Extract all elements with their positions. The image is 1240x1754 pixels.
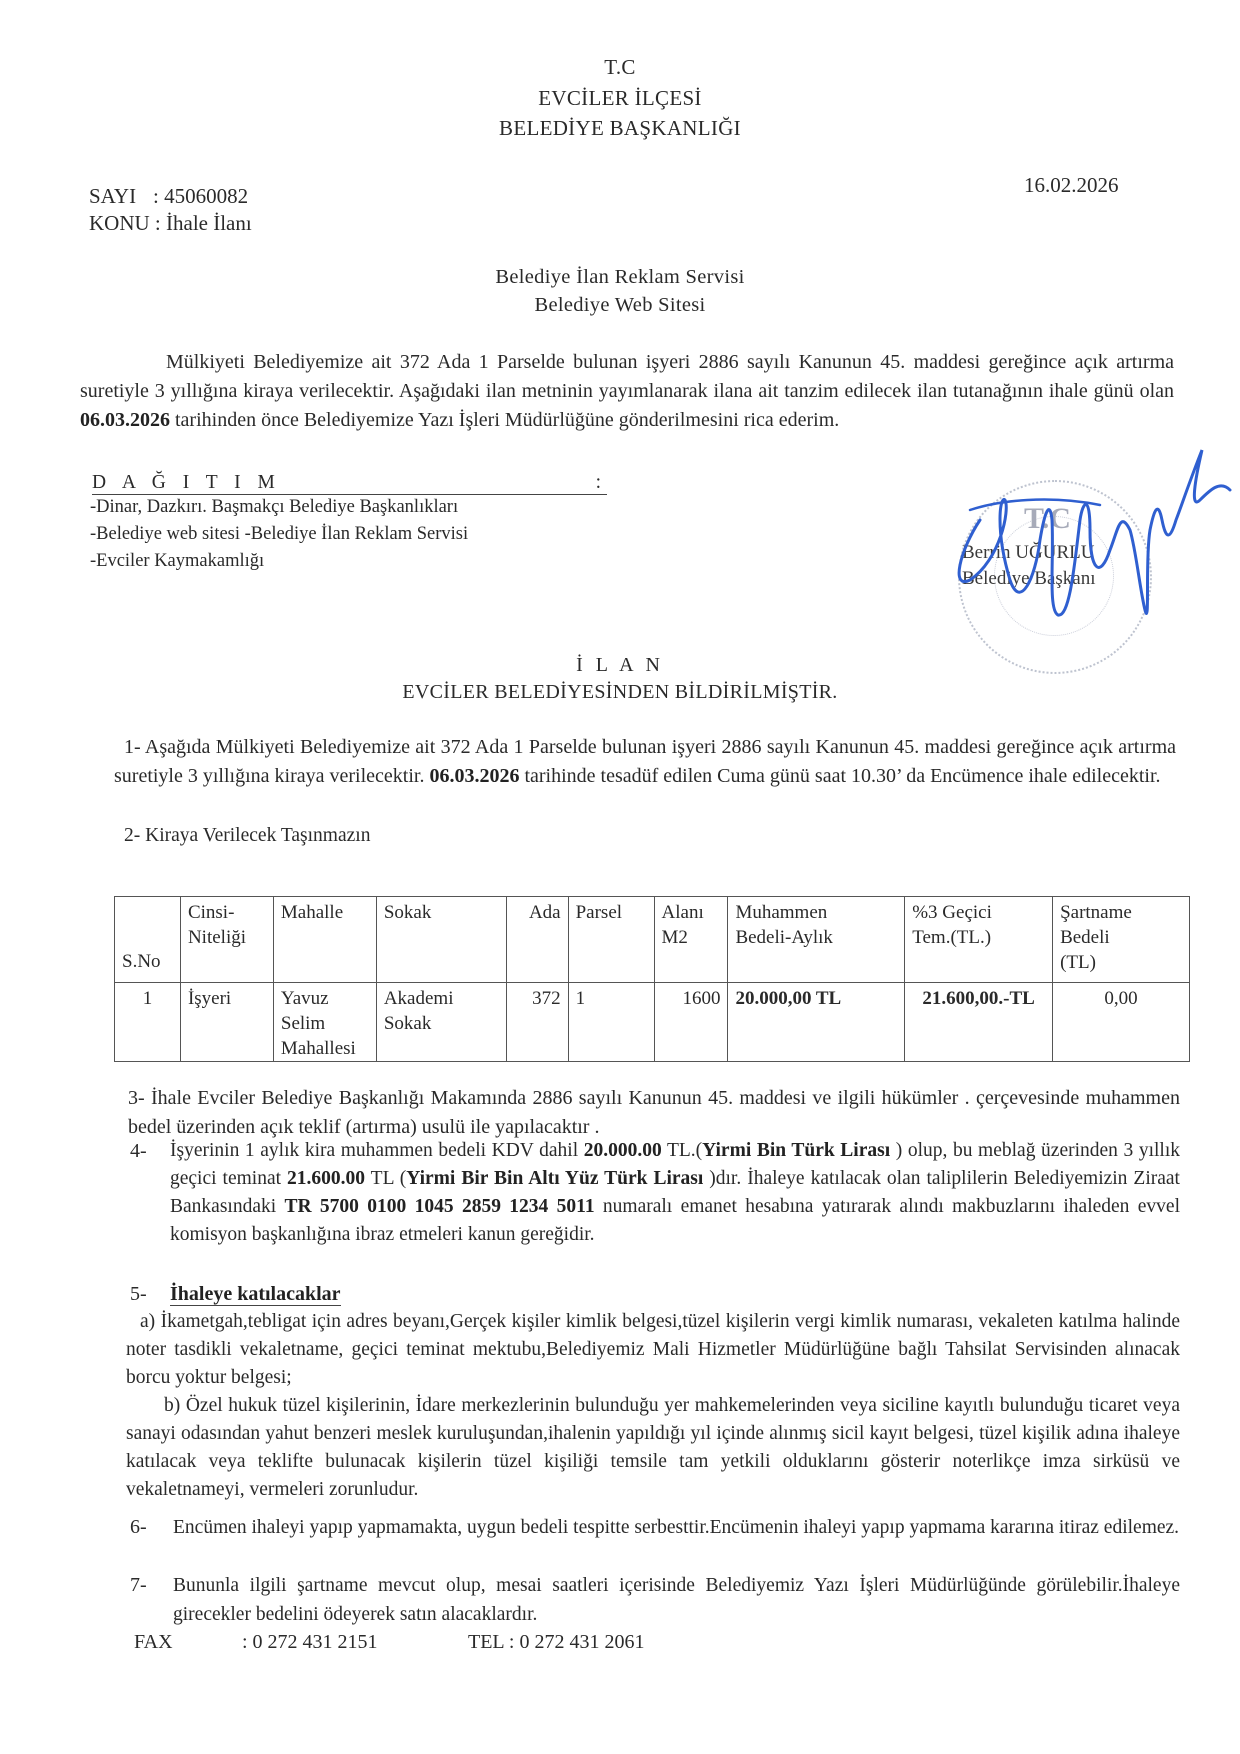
table-cell: 0,00 [1053,983,1190,1062]
monthly-rent-amount: 20.000.00 [584,1140,662,1161]
notice-item-4-num: 4- [130,1137,147,1165]
table-row: 1İşyeriYavuz Selim MahallesiAkademi Soka… [115,983,1190,1062]
fax-row: FAX: 0 272 431 2151 [134,1628,378,1656]
intro-text-2: tarihinden önce Belediyemize Yazı İşleri… [170,409,839,431]
intro-paragraph: Mülkiyeti Belediyemize ait 372 Ada 1 Par… [80,348,1174,435]
notice-item-2: 2- Kiraya Verilecek Taşınmazın [124,822,370,850]
distribution-title: D A Ğ I T I M : [92,469,607,495]
table-cell: 1 [115,983,181,1062]
guarantee-words: Yirmi Bir Bin Altı Yüz Türk Lirası [406,1168,703,1189]
item-5-title: İhaleye katılacaklar [170,1283,341,1306]
table-header-cell: Şartname Bedeli (TL) [1053,897,1190,983]
notice-item-1-date: 06.03.2026 [429,765,519,787]
sayi-label: SAYI [89,182,153,210]
intro-date: 06.03.2026 [80,409,170,431]
sayi-row: SAYI: 45060082 [89,182,248,210]
tel-row: TEL : 0 272 431 2061 [468,1628,644,1656]
item-5-num: 5- [130,1280,170,1308]
table-header-cell: Sokak [376,897,506,983]
notice-item-5b: b) Özel hukuk tüzel kişilerinin, İdare m… [126,1392,1180,1504]
distribution-colon: : [596,469,607,497]
table-cell: 372 [506,983,568,1062]
recipient-line-2: Belediye Web Sitesi [0,290,1240,321]
distribution-item: -Dinar, Dazkırı. Başmakçı Belediye Başka… [90,494,468,521]
table-cell: 21.600,00.-TL [905,983,1053,1062]
item-4-text: İşyerinin 1 aylık kira muhammen bedeli K… [170,1140,584,1161]
monthly-rent-words: Yirmi Bin Türk Lirası [702,1140,890,1161]
table-header-cell: %3 Geçici Tem.(TL.) [905,897,1053,983]
distribution-list: -Dinar, Dazkırı. Başmakçı Belediye Başka… [90,494,468,575]
table-cell: İşyeri [180,983,273,1062]
notice-item-1-text-2: tarihinde tesadüf edilen Cuma günü saat … [519,765,1160,787]
tel-label: TEL [468,1631,504,1653]
table-header-cell: Mahalle [273,897,376,983]
header-district: EVCİLER İLÇESİ [0,83,1240,114]
signature-scribble-icon [940,440,1240,660]
item-4-text: TL.( [662,1140,702,1161]
distribution-item: -Evciler Kaymakamlığı [90,548,468,575]
notice-item-7-num: 7- [130,1571,147,1600]
iban-number: TR 5700 0100 1045 2859 1234 5011 [285,1196,595,1217]
table-header-row: S.NoCinsi- NiteliğiMahalleSokakAdaParsel… [115,897,1190,983]
notice-item-4: İşyerinin 1 aylık kira muhammen bedeli K… [170,1137,1180,1249]
table-cell: 20.000,00 TL [728,983,905,1062]
tel-number: : 0 272 431 2061 [509,1631,645,1653]
document-date: 16.02.2026 [1024,171,1119,199]
notice-item-3: 3- İhale Evciler Belediye Başkanlığı Mak… [128,1084,1180,1142]
table-cell: 1600 [654,983,728,1062]
header-tc: T.C [0,52,1240,83]
table-header-cell: S.No [115,897,181,983]
table-cell: 1 [568,983,654,1062]
table-cell: Akademi Sokak [376,983,506,1062]
table-header-cell: Alanı M2 [654,897,728,983]
konu-label: KONU [89,211,150,235]
konu-row: KONU : İhale İlanı [89,209,252,237]
table-header-cell: Parsel [568,897,654,983]
fax-number: : 0 272 431 2151 [242,1631,378,1653]
item-4-text: TL ( [365,1168,406,1189]
fax-label: FAX [134,1628,242,1656]
konu-value: : İhale İlanı [155,211,252,235]
table-header-cell: Cinsi- Niteliği [180,897,273,983]
table-cell: Yavuz Selim Mahallesi [273,983,376,1062]
recipient-line-1: Belediye İlan Reklam Servisi [0,262,1240,293]
notice-subtitle: EVCİLER BELEDİYESİNDEN BİLDİRİLMİŞTİR. [0,677,1240,708]
distribution-title-text: D A Ğ I T I M [92,472,281,493]
notice-item-7: Bununla ilgili şartname mevcut olup, mes… [173,1571,1180,1629]
table-header-cell: Muhammen Bedeli-Aylık [728,897,905,983]
notice-item-5-heading: 5-İhaleye katılacaklar [130,1280,341,1308]
header-municipality: BELEDİYE BAŞKANLIĞI [0,113,1240,144]
notice-item-6-num: 6- [130,1513,147,1542]
guarantee-amount: 21.600.00 [287,1168,365,1189]
table-header-cell: Ada [506,897,568,983]
notice-item-1: 1- Aşağıda Mülkiyeti Belediyemize ait 37… [114,733,1176,791]
sayi-value: : 45060082 [153,184,248,208]
notice-item-5a: a) İkametgah,tebligat için adres beyanı,… [126,1308,1180,1392]
notice-item-6: Encümen ihaleyi yapıp yapmamakta, uygun … [173,1513,1180,1542]
intro-text-1: Mülkiyeti Belediyemize ait 372 Ada 1 Par… [80,351,1174,402]
property-table: S.NoCinsi- NiteliğiMahalleSokakAdaParsel… [114,896,1190,1062]
distribution-item: -Belediye web sitesi -Belediye İlan Rekl… [90,521,468,548]
